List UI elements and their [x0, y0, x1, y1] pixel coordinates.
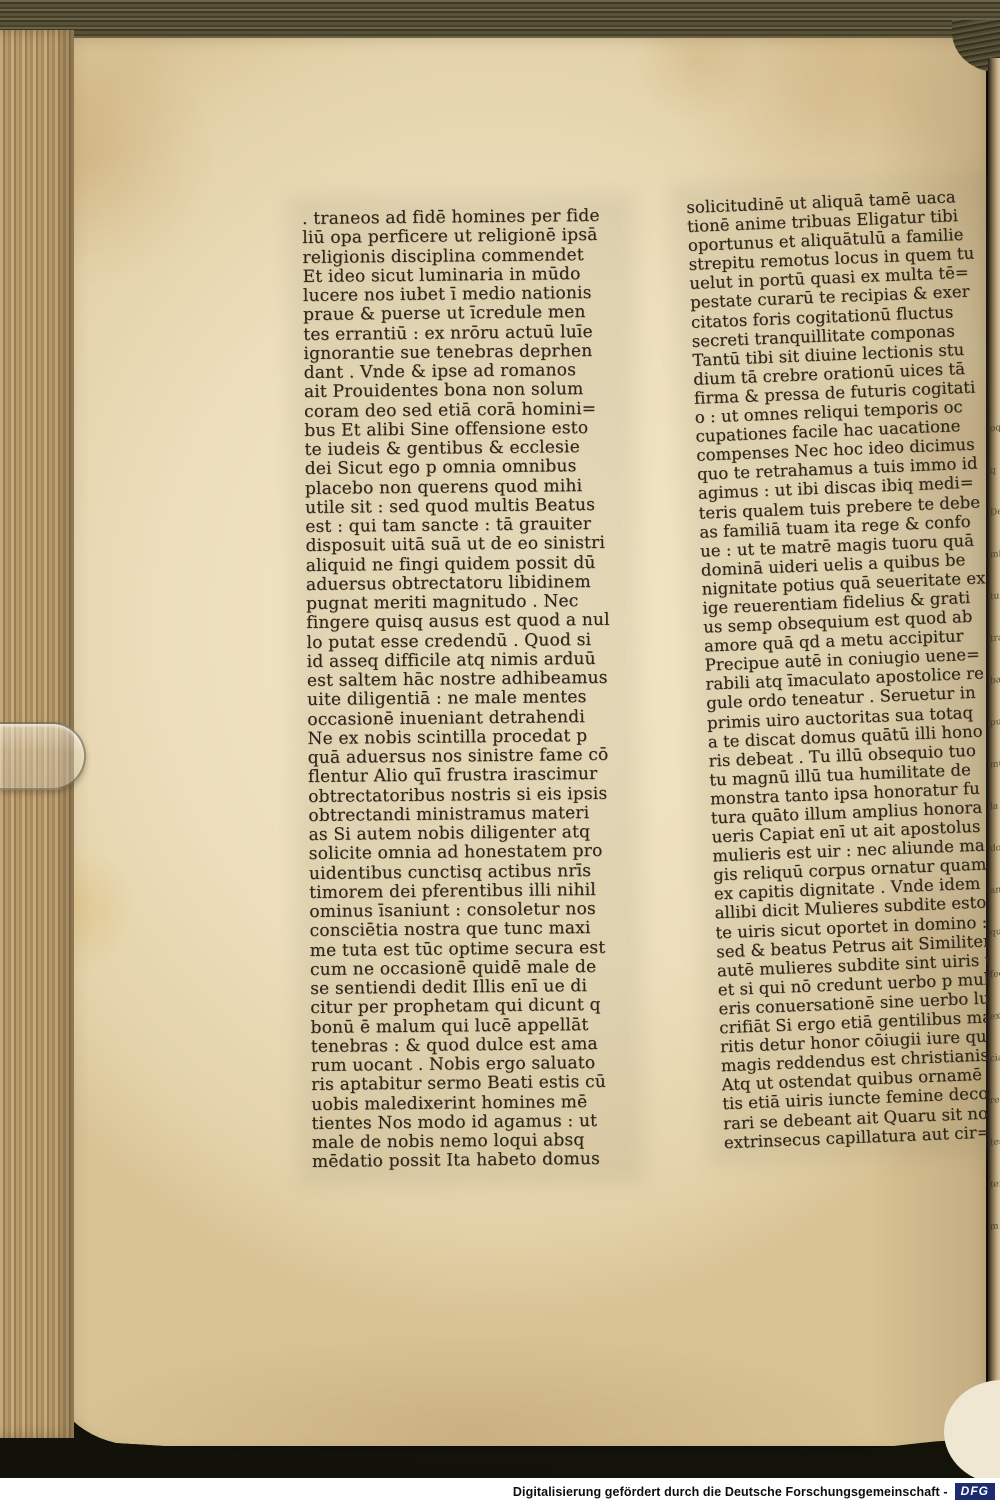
text-line: ba: [988, 659, 1000, 703]
text-line: ex: [988, 995, 1000, 1039]
book-top-page-edges: [0, 0, 1000, 38]
facing-page-edge: oqqDemitutracbapufmūla Rudoreannoquāfecr…: [988, 58, 1000, 1388]
text-line: mēdatio possit Ita habeto domus: [312, 1150, 630, 1173]
text-line: mi: [988, 533, 1000, 577]
text-line: dore: [988, 827, 1000, 871]
left-text-column: . traneos ad fidē homines per fideliū op…: [302, 207, 630, 1173]
text-line: ciar: [988, 1037, 1000, 1081]
text-line: re: [988, 1079, 1000, 1123]
right-text-column: solicitudinē ut aliquā tamē uacationē an…: [686, 186, 1000, 1152]
text-line: fecr: [988, 953, 1000, 997]
text-line: tu: [988, 575, 1000, 619]
text-line: m: [988, 1205, 1000, 1249]
dfg-logo: DFG: [955, 1483, 995, 1500]
book-scan-photo: . traneos ad fidē homines per fideliū op…: [0, 0, 1000, 1505]
text-line: mū: [988, 743, 1000, 787]
text-line: De: [988, 491, 1000, 535]
text-line: tes: [988, 1121, 1000, 1165]
text-line: trac: [988, 617, 1000, 661]
text-line: anno: [988, 869, 1000, 913]
text-line: la Ru: [988, 785, 1000, 829]
text-line: ter: [988, 1163, 1000, 1207]
facing-page-blank-margin: [988, 58, 1000, 408]
facing-page-fragments: oqqDemitutracbapufmūla Rudoreannoquāfecr…: [988, 408, 1000, 1248]
text-line: puf: [988, 701, 1000, 745]
manuscript-page: . traneos ad fidē homines per fideliū op…: [52, 32, 986, 1446]
dfg-credit-bar: Digitalisierung gefördert durch die Deut…: [0, 1478, 1000, 1505]
page-holder-clip: [0, 722, 86, 790]
table-shadow-and-page-bottom-curve: [0, 1360, 1000, 1480]
text-line: oq: [988, 407, 1000, 451]
dfg-credit-text: Digitalisierung gefördert durch die Deut…: [513, 1485, 948, 1499]
text-line: q: [988, 449, 1000, 493]
text-line: quā: [988, 911, 1000, 955]
